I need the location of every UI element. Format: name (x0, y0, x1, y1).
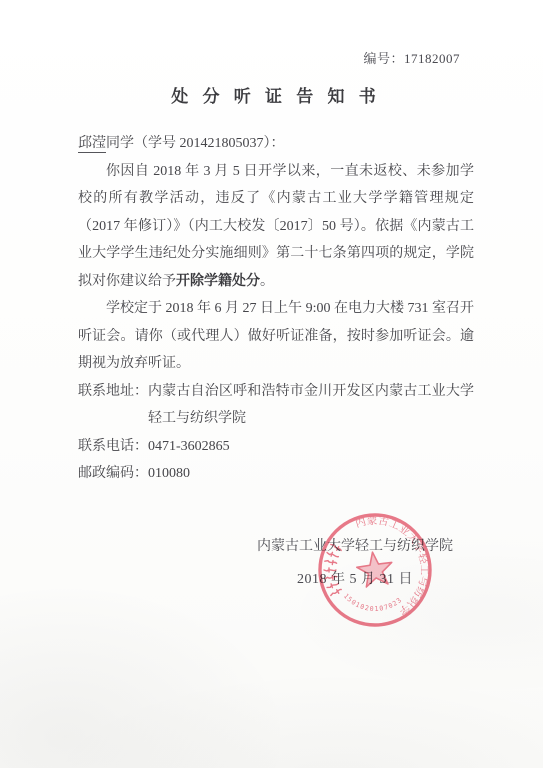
contact-phone-value: 0471-3602865 (148, 433, 474, 461)
paragraph-violation: 你因自 2018 年 3 月 5 日开学以来，一直未返校、未参加学校的所有教学活… (78, 158, 474, 296)
recipient-suffix: 同学（学号 201421805037）： (106, 136, 285, 151)
contact-address-value: 内蒙古自治区呼和浩特市金川开发区内蒙古工业大学轻工与纺织学院 (148, 378, 474, 433)
recipient-line: 邱滢同学（学号 201421805037）： (78, 130, 474, 158)
doc-number-value: 17182007 (404, 51, 460, 66)
seal-mongolian-script-marks (324, 543, 342, 597)
recipient-name: 邱滢 (78, 136, 106, 153)
violation-text-end: 。 (260, 274, 274, 289)
violation-text: 你因自 2018 年 3 月 5 日开学以来，一直未返校、未参加学校的所有教学活… (78, 164, 474, 289)
postal-code-label: 邮政编码： (78, 460, 148, 488)
document-page: 编号：17182007 处 分 听 证 告 知 书 邱滢同学（学号 201421… (0, 0, 543, 768)
page-title: 处 分 听 证 告 知 书 (78, 86, 474, 108)
contact-phone-line: 联系电话：0471-3602865 (78, 433, 474, 461)
document-body: 邱滢同学（学号 201421805037）： 你因自 2018 年 3 月 5 … (78, 130, 474, 488)
official-seal-stamp: 内蒙古工业大学轻工与纺织学院 1501020107023 (313, 508, 437, 632)
contact-address-line: 联系地址：内蒙古自治区呼和浩特市金川开发区内蒙古工业大学轻工与纺织学院 (78, 378, 474, 433)
contact-phone-label: 联系电话： (78, 433, 148, 461)
postal-code-value: 010080 (148, 460, 474, 488)
doc-number-label: 编号： (363, 51, 404, 66)
seal-serial-number: 1501020107023 (342, 592, 404, 613)
expulsion-emphasis: 开除学籍处分 (176, 274, 260, 289)
seal-star-icon (355, 550, 395, 588)
paragraph-hearing: 学校定于 2018 年 6 月 27 日上午 9:00 在电力大楼 731 室召… (78, 295, 474, 378)
contact-address-label: 联系地址： (78, 378, 148, 433)
postal-code-line: 邮政编码：010080 (78, 460, 474, 488)
doc-number-line: 编号：17182007 (78, 50, 474, 68)
